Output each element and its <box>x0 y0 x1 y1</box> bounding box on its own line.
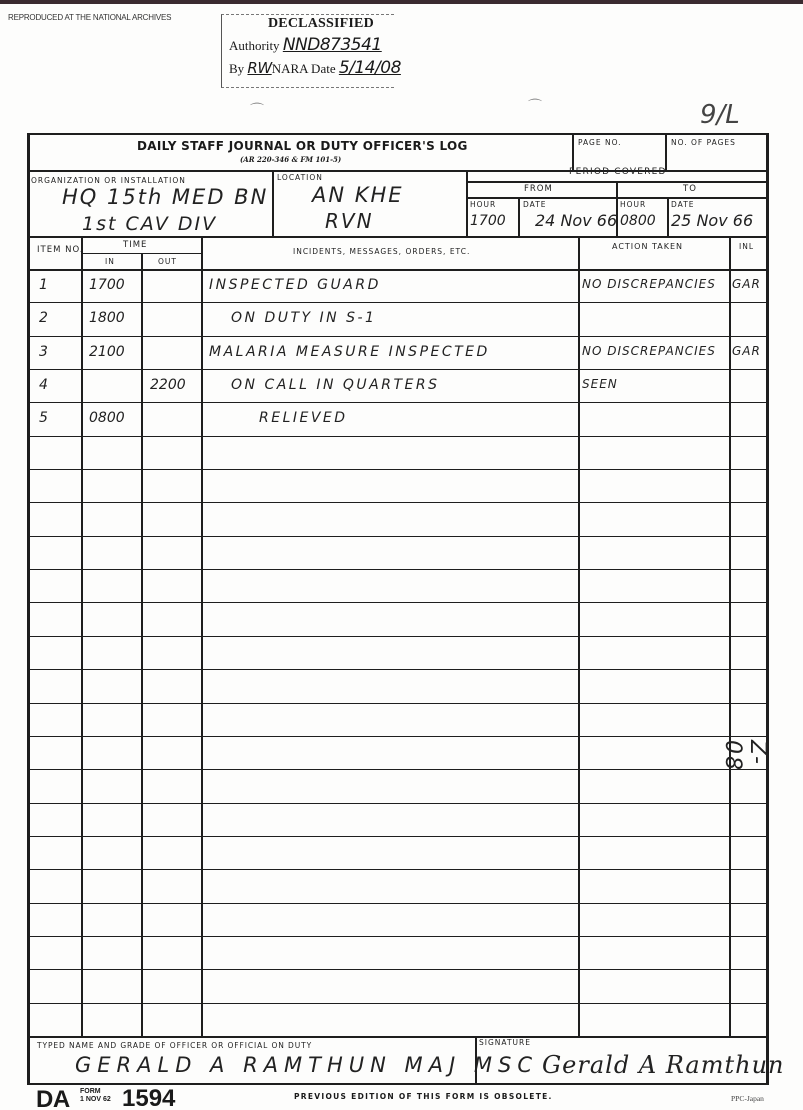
frame-top <box>27 133 768 135</box>
row-divider <box>27 836 768 837</box>
stamp-date-value: 5/14/08 <box>339 58 401 78</box>
row-divider <box>27 636 768 637</box>
row-action-taken: NO DISCREPANCIES <box>582 277 716 291</box>
row-divider <box>27 402 768 403</box>
row-divider <box>27 536 768 537</box>
location-line1: AN KHE <box>312 183 404 207</box>
row-incident: INSPECTED GUARD <box>209 277 381 293</box>
side-handwritten-mark: Z-08 <box>720 740 770 773</box>
archive-note: REPRODUCED AT THE NATIONAL ARCHIVES <box>8 13 171 22</box>
to-date-value: 25 Nov 66 <box>671 211 753 230</box>
row-item-no: 2 <box>39 310 50 326</box>
row-initials: GAR <box>732 277 761 291</box>
row-divider <box>27 502 768 503</box>
stamp-title: DECLASSIFIED <box>268 16 374 32</box>
col-incidents-label: INCIDENTS, MESSAGES, ORDERS, ETC. <box>293 247 470 256</box>
row-incident: RELIEVED <box>259 410 348 426</box>
scan-speck: ⌒ <box>250 100 264 120</box>
row-incident: ON CALL IN QUARTERS <box>231 377 439 393</box>
row-divider <box>27 769 768 770</box>
divider <box>27 1036 768 1038</box>
table-row <box>27 669 768 702</box>
row-time-in: 1700 <box>89 277 125 293</box>
table-row: 42200ON CALL IN QUARTERSSEEN <box>27 369 768 402</box>
table-row <box>27 569 768 602</box>
to-hour-label: HOUR <box>620 200 646 209</box>
location-line2: RVN <box>325 209 374 233</box>
scan-speck: ⌒ <box>528 96 542 116</box>
divider <box>466 170 468 236</box>
scan-edge <box>0 0 803 4</box>
row-incident: ON DUTY IN S-1 <box>231 310 376 326</box>
stamp-authority: Authority NND873541 <box>229 35 382 55</box>
divider <box>466 197 768 199</box>
table-row <box>27 936 768 969</box>
signature-value: Gerald A Ramthun <box>542 1051 785 1079</box>
col-in-label: IN <box>105 257 115 266</box>
form-footer: DA FORM 1 NOV 62 1594 PREVIOUS EDITION O… <box>36 1086 796 1110</box>
form-subtitle: (AR 220-346 & FM 101-5) <box>240 155 341 164</box>
row-divider <box>27 903 768 904</box>
footer-printer: PPC-Japan <box>731 1094 764 1103</box>
row-action-taken: NO DISCREPANCIES <box>582 344 716 358</box>
table-row <box>27 736 768 769</box>
divider <box>518 197 520 236</box>
row-action-taken: SEEN <box>582 377 618 391</box>
from-hour-value: 1700 <box>470 213 506 229</box>
footer-form-number: 1594 <box>122 1085 175 1110</box>
corner-handwritten-mark: 9/L <box>700 100 740 130</box>
row-divider <box>27 336 768 337</box>
table-row <box>27 436 768 469</box>
no-of-pages-label: NO. OF PAGES <box>671 138 736 147</box>
row-divider <box>27 969 768 970</box>
row-divider <box>27 302 768 303</box>
row-divider <box>27 469 768 470</box>
row-time-in: 0800 <box>89 410 125 426</box>
table-row <box>27 803 768 836</box>
table-row <box>27 836 768 869</box>
stamp-authority-value: NND873541 <box>283 35 382 55</box>
row-divider <box>27 669 768 670</box>
col-action-label: ACTION TAKEN <box>612 242 683 251</box>
divider <box>475 1036 477 1084</box>
row-time-in: 2100 <box>89 344 125 360</box>
to-label: TO <box>683 184 697 194</box>
row-divider <box>27 569 768 570</box>
table-row <box>27 469 768 502</box>
table-row <box>27 502 768 535</box>
row-divider <box>27 703 768 704</box>
table-row <box>27 703 768 736</box>
to-hour-value: 0800 <box>620 213 656 229</box>
row-item-no: 3 <box>39 344 50 360</box>
declassified-stamp: DECLASSIFIED Authority NND873541 By RWNA… <box>221 14 394 88</box>
table-row <box>27 969 768 1002</box>
footer-da: DA <box>36 1086 70 1110</box>
organization-label: ORGANIZATION OR INSTALLATION <box>31 176 186 185</box>
row-item-no: 5 <box>39 410 50 426</box>
table-row <box>27 769 768 802</box>
table-row <box>27 903 768 936</box>
row-divider <box>27 369 768 370</box>
footer-previous-edition: PREVIOUS EDITION OF THIS FORM IS OBSOLET… <box>294 1092 553 1101</box>
officer-label: TYPED NAME AND GRADE OF OFFICER OR OFFIC… <box>37 1041 312 1050</box>
to-date-label: DATE <box>671 200 695 209</box>
table-row: 21800ON DUTY IN S-1 <box>27 302 768 335</box>
col-inl-label: INL <box>739 242 754 251</box>
table-row <box>27 536 768 569</box>
organization-line1: HQ 15th MED BN <box>62 185 268 209</box>
col-out-label: OUT <box>158 257 177 266</box>
table-row <box>27 869 768 902</box>
page-no-label: PAGE NO. <box>578 138 622 147</box>
row-divider <box>27 869 768 870</box>
row-divider <box>27 803 768 804</box>
row-divider <box>27 736 768 737</box>
table-row: 11700INSPECTED GUARDNO DISCREPANCIESGAR <box>27 269 768 302</box>
from-date-value: 24 Nov 66 <box>535 211 617 230</box>
row-time-out: 2200 <box>150 377 186 393</box>
footer-form-label: FORM 1 NOV 62 <box>80 1088 111 1104</box>
divider <box>272 170 274 236</box>
table-row <box>27 1003 768 1036</box>
divider <box>667 197 669 236</box>
row-divider <box>27 936 768 937</box>
row-initials: GAR <box>732 344 761 358</box>
col-item-label: ITEM NO. <box>37 245 84 255</box>
organization-line2: 1st CAV DIV <box>82 213 217 235</box>
col-time-label: TIME <box>123 240 147 250</box>
row-divider <box>27 602 768 603</box>
stamp-by: By RWNARA Date 5/14/08 <box>229 58 401 78</box>
from-hour-label: HOUR <box>470 200 496 209</box>
location-label: LOCATION <box>277 173 323 182</box>
divider <box>27 236 768 238</box>
officer-name-value: GERALD A RAMTHUN MAJ MSC <box>75 1053 538 1077</box>
row-time-in: 1800 <box>89 310 125 326</box>
from-date-label: DATE <box>523 200 547 209</box>
from-label: FROM <box>524 184 553 194</box>
row-incident: MALARIA MEASURE INSPECTED <box>209 344 490 360</box>
row-item-no: 4 <box>39 377 50 393</box>
form-title: DAILY STAFF JOURNAL OR DUTY OFFICER'S LO… <box>137 139 468 153</box>
row-divider <box>27 1003 768 1004</box>
table-row <box>27 636 768 669</box>
signature-label: SIGNATURE <box>479 1038 531 1047</box>
table-row: 32100MALARIA MEASURE INSPECTEDNO DISCREP… <box>27 336 768 369</box>
row-divider <box>27 436 768 437</box>
table-row: 50800RELIEVED <box>27 402 768 435</box>
table-row <box>27 602 768 635</box>
divider <box>665 133 667 170</box>
stamp-by-value: RW <box>247 59 271 77</box>
divider <box>572 133 574 170</box>
period-covered-label: PERIOD COVERED <box>569 167 667 177</box>
row-item-no: 1 <box>39 277 50 293</box>
duty-log-form: DAILY STAFF JOURNAL OR DUTY OFFICER'S LO… <box>27 133 768 1085</box>
